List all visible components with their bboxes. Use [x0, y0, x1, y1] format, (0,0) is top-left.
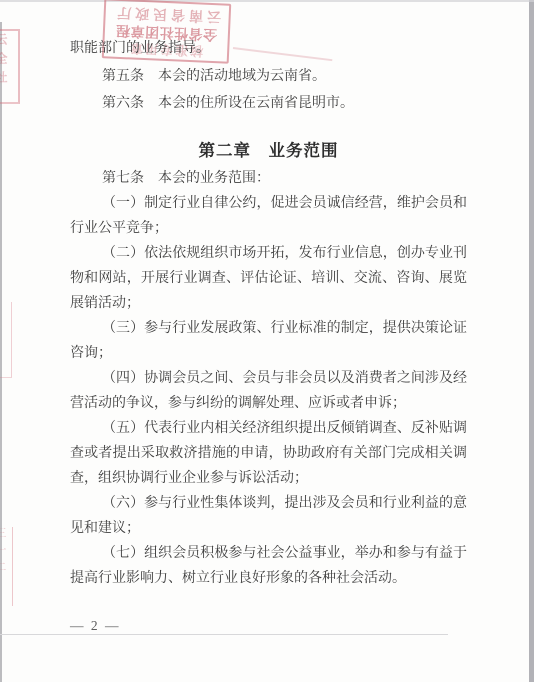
- business-scope-item-1: （一）制定行业自律公约，促进会员诚信经营，维护会员和行业公平竞争；: [70, 191, 467, 241]
- business-scope-item-4: （四）协调会员之间、会员与非会员以及消费者之间涉及经营活动的争议，参与纠纷的调解…: [70, 366, 467, 416]
- article-5: 第五条 本会的活动地域为云南省。: [70, 64, 467, 89]
- page-number: — 2 —: [70, 618, 121, 634]
- edge-stamp-characters: 三一二: [0, 527, 8, 578]
- article-6: 第六条 本会的住所设在云南省昆明市。: [70, 91, 467, 116]
- edge-stamp-fragment-bottom: 三一二: [0, 527, 13, 606]
- business-scope-item-2: （二）依法依规组织市场开拓，发布行业信息，创办专业刊物和网站，开展行业调查、评估…: [70, 241, 467, 316]
- article-7: 第七条 本会的业务范围：: [70, 166, 467, 191]
- scan-edge-right: [529, 0, 534, 682]
- continuation-paragraph: 职能部门的业务指导。: [70, 36, 467, 61]
- chapter-2-heading: 第二章 业务范围: [70, 136, 467, 166]
- business-scope-item-5: （五）代表行业内相关经济组织提出反倾销调查、反补贴调查或者提出采取救济措施的申请…: [70, 416, 467, 491]
- edge-stamp-fragment-top: 云全社: [0, 29, 20, 104]
- business-scope-item-3: （三）参与行业发展政策、行业标准的制定，提供决策论证咨询；: [70, 316, 467, 366]
- document-body: 职能部门的业务指导。 第五条 本会的活动地域为云南省。 第六条 本会的住所设在云…: [70, 36, 467, 591]
- edge-stamp-fragment-middle: [0, 302, 12, 378]
- scan-edge-top: [0, 0, 534, 2]
- scan-bottom-line: [0, 634, 448, 635]
- business-scope-item-7: （七）组织会员积极参与社会公益事业，举办和参与有益于提高行业影响力、树立行业良好…: [70, 541, 467, 591]
- edge-stamp-characters: 云全社: [0, 33, 10, 90]
- scanned-document-page: 核准专用章 全省性社团章程 云南省民政厅 云全社 三一二 职能部门的业务指导。 …: [0, 0, 534, 682]
- business-scope-item-6: （六）参与行业性集体谈判，提出涉及会员和行业利益的意见和建议；: [70, 491, 467, 541]
